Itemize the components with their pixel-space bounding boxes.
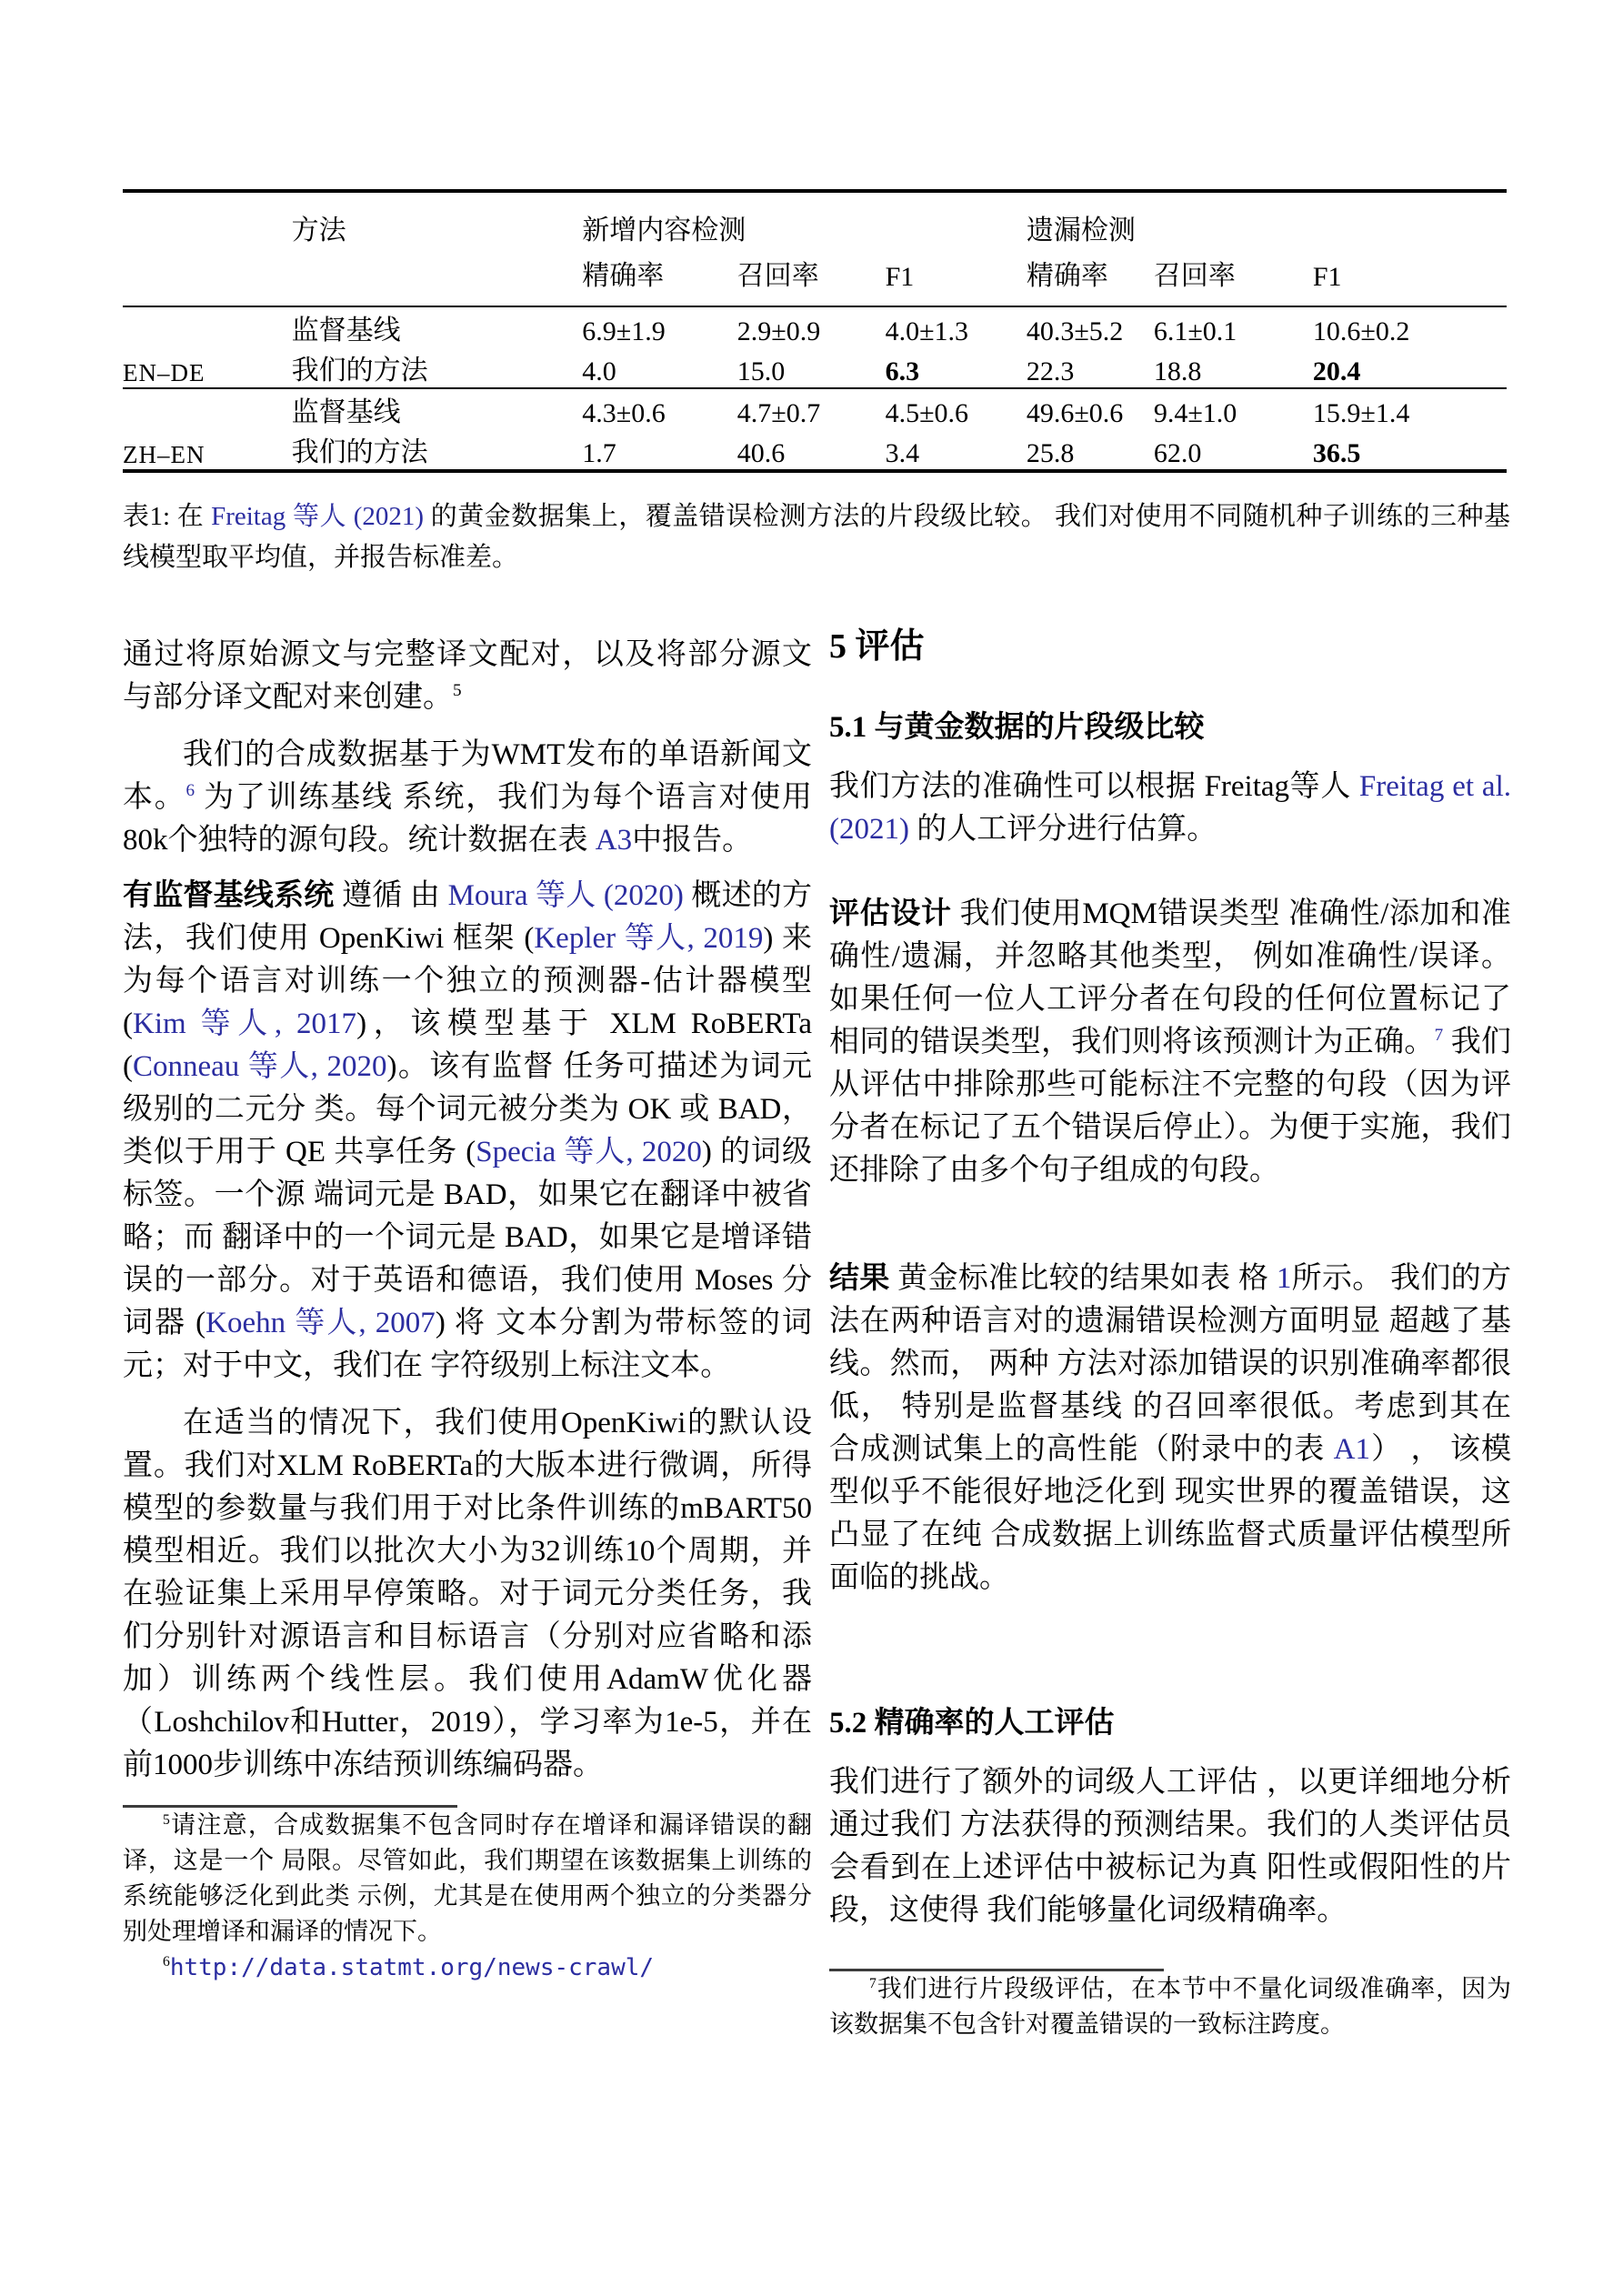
value-cell: 4.3±0.6 (582, 388, 736, 429)
method-header: 方法 (292, 191, 583, 249)
value-cell: 15.9±1.4 (1313, 388, 1507, 429)
precision-header: 精确率 (1027, 249, 1154, 306)
table-row: 我们的方法1.740.63.425.862.036.5 (123, 429, 1507, 471)
paragraph-wmt-data: 我们的合成数据基于为WMT发布的单语新闻文本。6 为了训练基线 系统，我们为每个… (123, 734, 812, 862)
results-table-body: EN–DE监督基线6.9±1.92.9±0.94.0±1.340.3±5.26.… (123, 306, 1507, 471)
bold-lead: 结果 (829, 1262, 890, 1295)
results-table-wrap: 方法 新增内容检测 遗漏检测 精确率 召回率 F1 精确率 召回率 F1 EN–… (123, 189, 1507, 473)
value-cell: 3.4 (886, 429, 1027, 471)
paper-page: 方法 新增内容检测 遗漏检测 精确率 召回率 F1 精确率 召回率 F1 EN–… (0, 0, 1623, 2296)
f1-header: F1 (886, 249, 1027, 306)
footnote-ref-link[interactable]: 6 (186, 781, 195, 800)
table-header-row-groups: 方法 新增内容检测 遗漏检测 (123, 191, 1507, 249)
table-header-row-metrics: 精确率 召回率 F1 精确率 召回率 F1 (123, 249, 1507, 306)
paragraph-human-evaluation: 我们进行了额外的词级人工评估 ，以更详细地分析通过我们 方法获得的预测结果。我们… (829, 1761, 1511, 1932)
paragraph-synthetic-pairing: 通过将原始源文与完整译文配对，以及将部分源文与部分译文配对来创建。5 (123, 634, 812, 719)
spacer-cell (123, 249, 292, 306)
citation-link[interactable]: Koehn 等人, 2007 (205, 1307, 436, 1339)
value-cell: 22.3 (1027, 347, 1154, 388)
paragraph-evaluation-design: 评估设计 我们使用MQM错误类型 准确性/添加和准确性/遗漏，并忽略其他类型， … (829, 893, 1511, 1192)
value-cell: 4.0±1.3 (886, 306, 1027, 347)
value-cell: 6.3 (886, 347, 1027, 388)
value-cell: 4.7±0.7 (737, 388, 886, 429)
footnote-marker: 7 (869, 1976, 877, 1991)
value-cell: 4.0 (582, 347, 736, 388)
value-cell: 2.9±0.9 (737, 306, 886, 347)
citation-link[interactable]: Conneau 等人, 2020 (133, 1050, 387, 1083)
value-cell: 15.0 (737, 347, 886, 388)
subsection-heading-5-2: 5.2 精确率的人工评估 (829, 1705, 1511, 1741)
lang-pair-label: EN–DE (123, 306, 292, 388)
missed-detection-header: 遗漏检测 (1027, 191, 1507, 249)
table-row: EN–DE监督基线6.9±1.92.9±0.94.0±1.340.3±5.26.… (123, 306, 1507, 347)
citation-link[interactable]: 1 (1277, 1262, 1292, 1295)
value-cell: 20.4 (1313, 347, 1507, 388)
value-cell: 62.0 (1154, 429, 1313, 471)
method-cell: 我们的方法 (292, 429, 583, 471)
value-cell: 49.6±0.6 (1027, 388, 1154, 429)
footnote-ref-link[interactable]: 7 (1435, 1026, 1444, 1045)
url-link[interactable]: http://data.statmt.org/news-crawl/ (170, 1954, 654, 1981)
subsection-heading-5-1: 5.1 与黄金数据的片段级比较 (829, 709, 1511, 746)
table-row: ZH–EN监督基线4.3±0.64.7±0.74.5±0.649.6±0.69.… (123, 388, 1507, 429)
lang-pair-label: ZH–EN (123, 388, 292, 471)
footnote-7: 7我们进行片段级评估，在本节中不量化词级准确率，因为该数据集不包含针对覆盖错误的… (829, 1971, 1511, 2042)
value-cell: 40.3±5.2 (1027, 306, 1154, 347)
method-cell: 监督基线 (292, 388, 583, 429)
footnote-marker: 5 (163, 1812, 170, 1828)
f1-header: F1 (1313, 249, 1507, 306)
value-cell: 40.6 (737, 429, 886, 471)
paragraph-accuracy-estimate: 我们方法的准确性可以根据 Freitag等人 Freitag et al. (2… (829, 766, 1511, 851)
method-cell: 监督基线 (292, 306, 583, 347)
value-cell: 6.1±0.1 (1154, 306, 1313, 347)
footnote-marker: 5 (453, 681, 462, 700)
citation-link[interactable]: Freitag 等人 (2021) (211, 502, 424, 531)
spacer-cell (123, 191, 292, 249)
value-cell: 25.8 (1027, 429, 1154, 471)
citation-link[interactable]: A1 (1334, 1433, 1370, 1466)
right-column: 5 评估 5.1 与黄金数据的片段级比较 我们方法的准确性可以根据 Freita… (829, 626, 1511, 2042)
citation-link[interactable]: Kim 等人, 2017 (133, 1008, 356, 1040)
table-header: 方法 新增内容检测 遗漏检测 精确率 召回率 F1 精确率 召回率 F1 (123, 191, 1507, 306)
citation-link[interactable]: Freitag et al. (2021) (829, 770, 1511, 846)
bold-lead: 有监督基线系统 (123, 879, 335, 912)
value-cell: 10.6±0.2 (1313, 306, 1507, 347)
results-table: 方法 新增内容检测 遗漏检测 精确率 召回率 F1 精确率 召回率 F1 EN–… (123, 189, 1507, 473)
value-cell: 9.4±1.0 (1154, 388, 1313, 429)
citation-link[interactable]: Kepler 等人, 2019 (534, 922, 763, 955)
citation-link[interactable]: A3 (596, 824, 632, 857)
method-cell: 我们的方法 (292, 347, 583, 388)
footnote-6: 6http://data.statmt.org/news-crawl/ (123, 1950, 812, 1986)
section-heading-evaluation: 5 评估 (829, 626, 1511, 667)
value-cell: 36.5 (1313, 429, 1507, 471)
value-cell: 18.8 (1154, 347, 1313, 388)
citation-link[interactable]: Moura 等人 (2020) (448, 879, 684, 912)
bold-lead: 评估设计 (829, 897, 952, 930)
footnote-marker: 6 (163, 1954, 170, 1970)
footnote-5: 5请注意，合成数据集不包含同时存在增译和漏译错误的翻译，这是一个 局限。尽管如此… (123, 1808, 812, 1950)
citation-link[interactable]: Specia 等人, 2020 (476, 1136, 702, 1168)
added-detection-header: 新增内容检测 (582, 191, 1027, 249)
spacer-cell (292, 249, 583, 306)
paragraph-openkiwi-settings: 在适当的情况下，我们使用OpenKiwi的默认设置。我们对XLM RoBERTa… (123, 1402, 812, 1787)
paragraph-supervised-baseline: 有监督基线系统 遵循 由 Moura 等人 (2020) 概述的方法，我们使用 … (123, 875, 812, 1388)
paragraph-results: 结果 黄金标准比较的结果如表 格 1所示。 我们的方法在两种语言对的遗漏错误检测… (829, 1258, 1511, 1599)
table-caption: 表1: 在 Freitag 等人 (2021) 的黄金数据集上，覆盖错误检测方法… (123, 496, 1510, 578)
recall-header: 召回率 (1154, 249, 1313, 306)
value-cell: 4.5±0.6 (886, 388, 1027, 429)
table-row: 我们的方法4.015.06.322.318.820.4 (123, 347, 1507, 388)
left-column: 通过将原始源文与完整译文配对，以及将部分源文与部分译文配对来创建。5 我们的合成… (123, 634, 812, 1986)
precision-header: 精确率 (582, 249, 736, 306)
value-cell: 1.7 (582, 429, 736, 471)
value-cell: 6.9±1.9 (582, 306, 736, 347)
recall-header: 召回率 (737, 249, 886, 306)
